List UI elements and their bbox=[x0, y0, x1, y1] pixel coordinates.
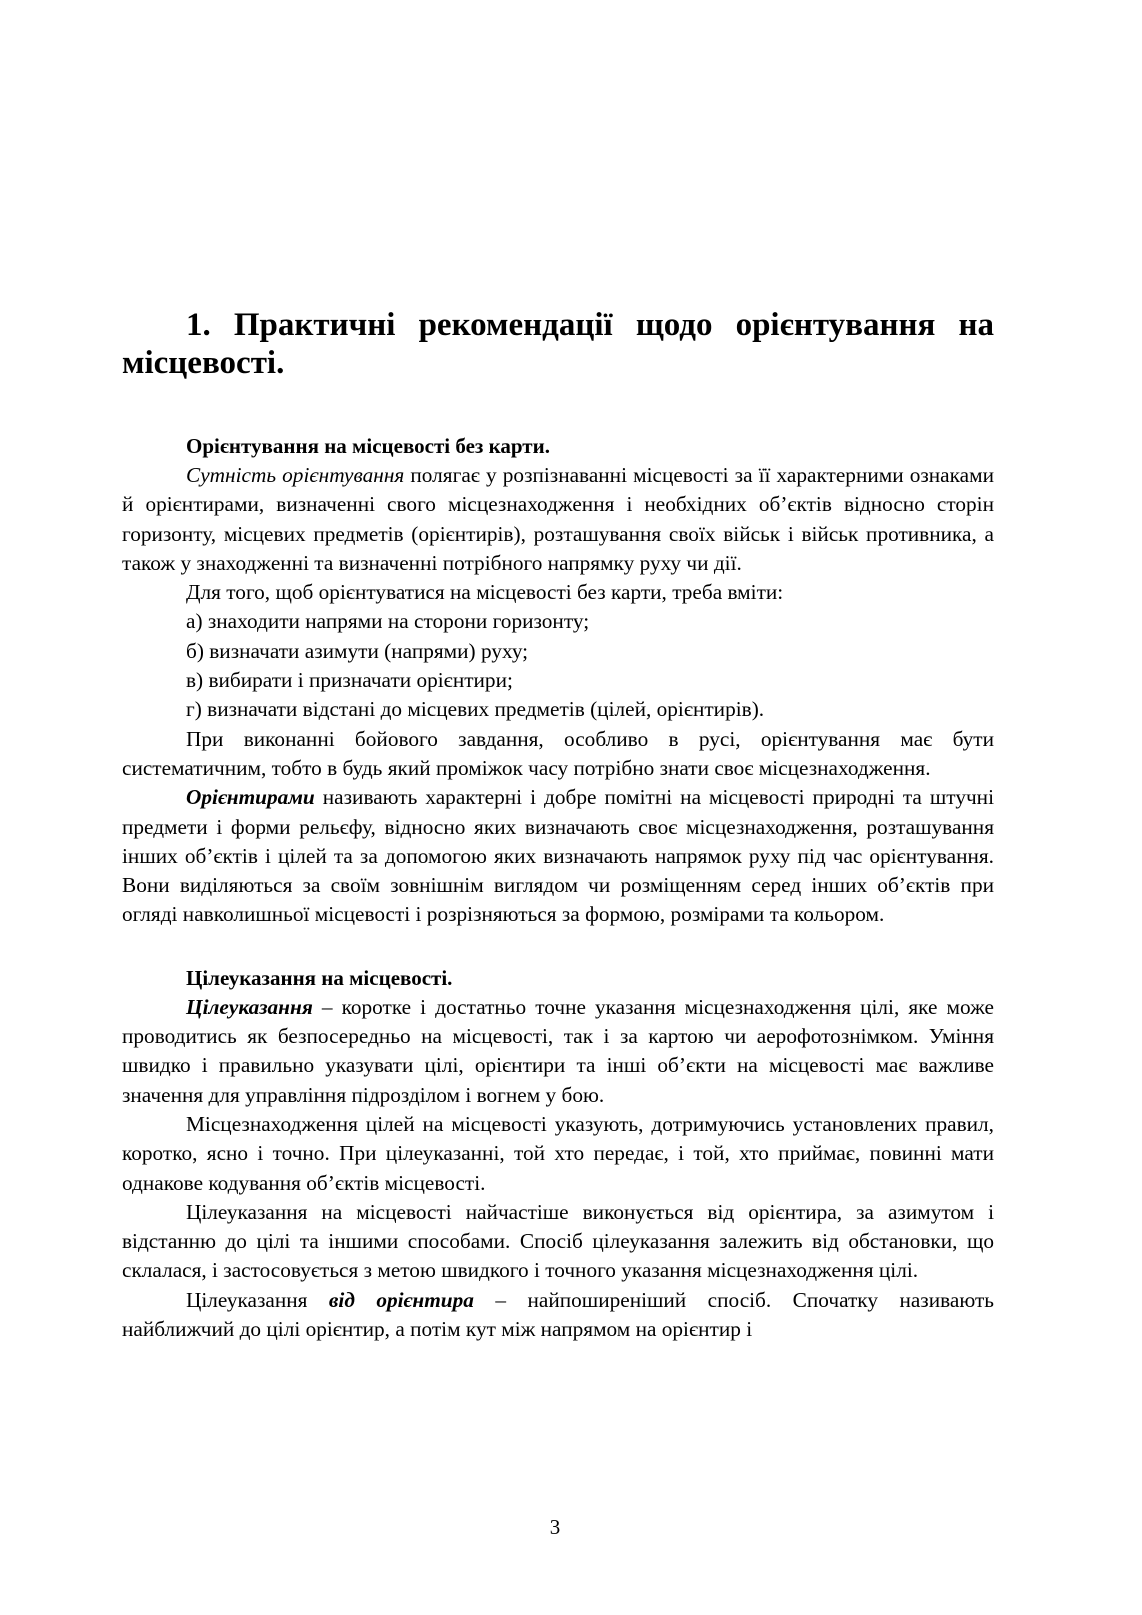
term-from-landmark: від орієнтира bbox=[329, 1288, 474, 1312]
list-item: а) знаходити напрями на сторони горизонт… bbox=[122, 607, 994, 636]
document-page: 1. Практичні рекомендації щодо орієнтува… bbox=[122, 306, 994, 1344]
paragraph-methods: Цілеуказання на місцевості найчастіше ви… bbox=[122, 1198, 994, 1286]
paragraph-systematic: При виконанні бойового завдання, особлив… bbox=[122, 725, 994, 784]
paragraph-from-landmark: Цілеуказання від орієнтира – найпоширені… bbox=[122, 1286, 994, 1345]
term-landmarks: Орієнтирами bbox=[186, 785, 315, 809]
paragraph-definition: Цілеуказання – коротке і достатньо точне… bbox=[122, 993, 994, 1110]
list-item: в) вибирати і призначати орієнтири; bbox=[122, 666, 994, 695]
section-orientation-without-map: Орієнтування на місцевості без карти. Су… bbox=[122, 432, 994, 930]
chapter-title: 1. Практичні рекомендації щодо орієнтува… bbox=[122, 306, 994, 382]
section-target-designation: Цілеуказання на місцевості. Цілеуказання… bbox=[122, 964, 994, 1345]
paragraph-essence: Сутність орієнтування полягає у розпізна… bbox=[122, 461, 994, 578]
page-number: 3 bbox=[0, 1515, 1110, 1539]
spacer bbox=[122, 930, 994, 964]
paragraph-landmarks: Орієнтирами називають характерні і добре… bbox=[122, 783, 994, 929]
section-heading: Орієнтування на місцевості без карти. bbox=[122, 432, 994, 461]
list-lead: Для того, щоб орієнтуватися на місцевост… bbox=[122, 578, 994, 607]
list-item: г) визначати відстані до місцевих предме… bbox=[122, 695, 994, 724]
skills-list: а) знаходити напрями на сторони горизонт… bbox=[122, 607, 994, 724]
paragraph-lead: Цілеуказання bbox=[186, 1288, 329, 1312]
list-item: б) визначати азимути (напрями) руху; bbox=[122, 637, 994, 666]
term-essence: Сутність орієнтування bbox=[186, 463, 404, 487]
spacer bbox=[122, 382, 994, 432]
section-heading: Цілеуказання на місцевості. bbox=[122, 964, 994, 993]
term-target-designation: Цілеуказання bbox=[186, 995, 313, 1019]
paragraph-rules: Місцезнаходження цілей на місцевості ука… bbox=[122, 1110, 994, 1198]
